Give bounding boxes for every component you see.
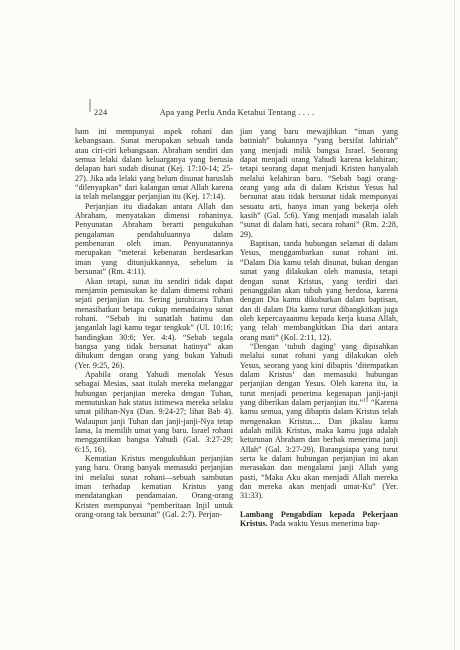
paragraph: ham ini mempunyai aspek rohani dan keban… — [75, 127, 233, 202]
text-columns: ham ini mempunyai aspek rohani dan keban… — [75, 127, 399, 528]
paragraph: Baptisan, tanda hubungan selamat di dala… — [240, 239, 398, 342]
section-paragraph: Lambang Pengabdian kepada Pekerjaan Kris… — [240, 510, 398, 529]
left-column: ham ini mempunyai aspek rohani dan keban… — [75, 127, 233, 528]
paragraph-text: Pada waktu Yesus menerima bap- — [268, 519, 380, 528]
running-header: 224 Apa yang Perlu Anda Ketahui Tentang … — [75, 107, 399, 121]
paragraph: Akan tetapi, sunat itu sendiri tidak dap… — [75, 277, 233, 370]
paragraph: jian yang baru mewajibkan “iman yang bat… — [240, 127, 398, 239]
scan-edge-line — [454, 0, 455, 650]
paragraph-text: “Karena kamu semua, yang dibaptis dalam … — [240, 398, 398, 500]
right-column: jian yang baru mewajibkan “iman yang bat… — [240, 127, 398, 528]
book-page: 224 Apa yang Perlu Anda Ketahui Tentang … — [0, 0, 460, 650]
page-number: 224 — [94, 107, 107, 118]
paragraph: Perjanjian itu diadakan antara Allah dan… — [75, 202, 233, 277]
running-title: Apa yang Perlu Anda Ketahui Tentang . . … — [75, 107, 399, 118]
paragraph: Apabila orang Yahudi menolak Yesus sebag… — [75, 370, 233, 454]
paragraph: Kematian Kristus mengukuhkan perjanjian … — [75, 454, 233, 519]
paragraph: “Dengan ‘tubuh daging’ yang dipisahkan m… — [240, 342, 398, 501]
